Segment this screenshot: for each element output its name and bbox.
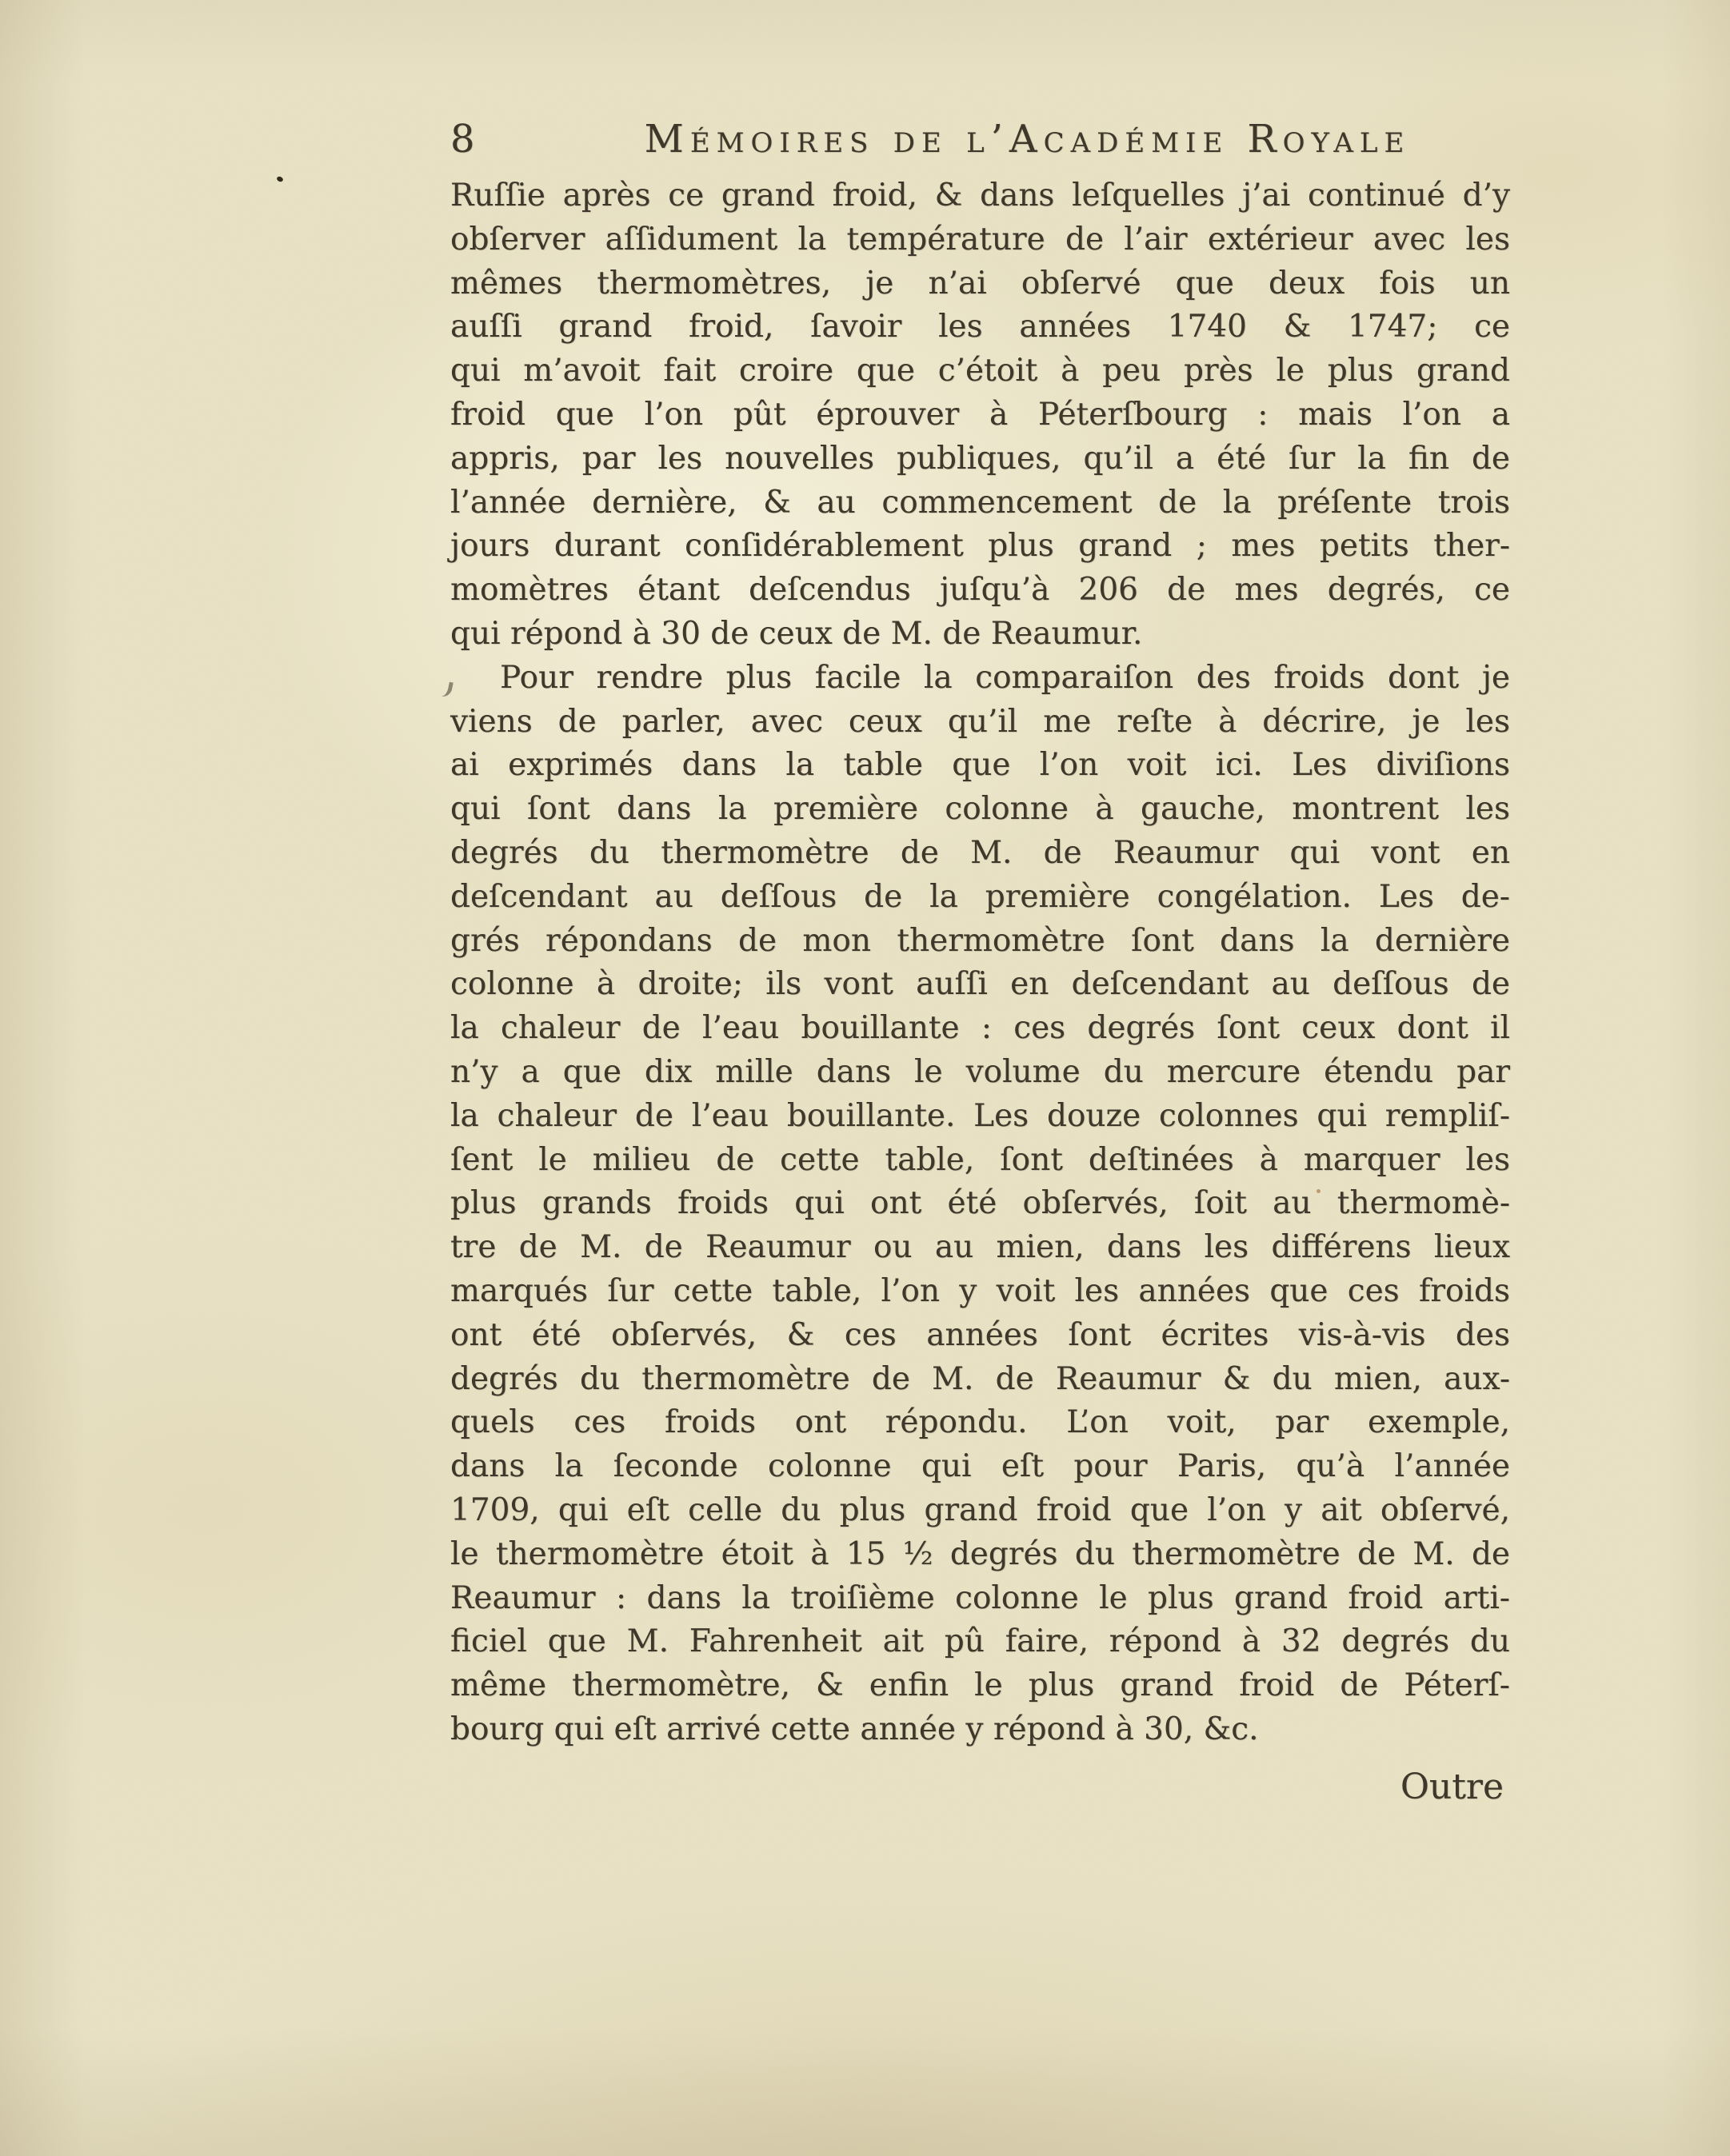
text-line: ficiel que M. Fahrenheit ait pû faire, r… bbox=[450, 1620, 1510, 1664]
text-line: le thermomètre étoit à 15 ½ degrés du th… bbox=[450, 1533, 1510, 1577]
page-header: 8 Mémoires de l’Académie Royale bbox=[450, 117, 1510, 166]
text-line: Pour rendre plus facile la comparaiſon d… bbox=[450, 657, 1510, 701]
text-line: 1709, qui eſt celle du plus grand froid … bbox=[450, 1489, 1510, 1533]
paragraph-2: Pour rendre plus facile la comparaiſon d… bbox=[450, 657, 1510, 1752]
text-line: la chaleur de l’eau bouillante : ces deg… bbox=[450, 1007, 1510, 1051]
text-line: qui ſont dans la première colonne à gauc… bbox=[450, 788, 1510, 832]
text-line: la chaleur de l’eau bouillante. Les douz… bbox=[450, 1095, 1510, 1139]
text-line: viens de parler, avec ceux qu’il me reſt… bbox=[450, 701, 1510, 745]
text-line: dans la ſeconde colonne qui eſt pour Par… bbox=[450, 1445, 1510, 1489]
text-line: jours durant conſidérablement plus grand… bbox=[450, 525, 1510, 569]
text-line: colonne à droite; ils vont auſſi en deſc… bbox=[450, 963, 1510, 1007]
ink-speck bbox=[276, 176, 284, 183]
text-line: Ruſſie après ce grand froid, & dans leſq… bbox=[450, 174, 1510, 218]
catchword: Outre bbox=[1400, 1767, 1504, 1807]
text-line: qui m’avoit fait croire que c’étoit à pe… bbox=[450, 349, 1510, 393]
text-line: degrés du thermomètre de M. de Reaumur &… bbox=[450, 1358, 1510, 1402]
book-page-scan: 8 Mémoires de l’Académie Royale Ruſſie a… bbox=[0, 0, 1730, 2156]
printed-text-block: 8 Mémoires de l’Académie Royale Ruſſie a… bbox=[450, 117, 1510, 1810]
text-line: obſerver aſſidument la température de l’… bbox=[450, 218, 1510, 262]
body-text: Ruſſie après ce grand froid, & dans leſq… bbox=[450, 174, 1510, 1752]
text-line: Reaumur : dans la troiſième colonne le p… bbox=[450, 1577, 1510, 1621]
page-number: 8 bbox=[450, 117, 545, 162]
text-line: bourg qui eſt arrivé cette année y répon… bbox=[450, 1708, 1510, 1752]
catchword-row: Outre bbox=[450, 1765, 1510, 1810]
text-line: ai exprimés dans la table que l’on voit … bbox=[450, 744, 1510, 788]
text-line: qui répond à 30 de ceux de M. de Reaumur… bbox=[450, 613, 1510, 657]
text-line: mêmes thermomètres, je n’ai obſervé que … bbox=[450, 262, 1510, 306]
text-line: ont été obſervés, & ces années ſont écri… bbox=[450, 1314, 1510, 1358]
paragraph-1: Ruſſie après ce grand froid, & dans leſq… bbox=[450, 174, 1510, 657]
text-line: grés répondans de mon thermomètre ſont d… bbox=[450, 920, 1510, 964]
text-line: ſent le milieu de cette table, ſont deſt… bbox=[450, 1139, 1510, 1183]
text-line: appris, par les nouvelles publiques, qu’… bbox=[450, 437, 1510, 481]
text-line: deſcendant au deſſous de la première con… bbox=[450, 876, 1510, 920]
text-line: auſſi grand froid, ſavoir les années 174… bbox=[450, 305, 1510, 349]
text-line: n’y a que dix mille dans le volume du me… bbox=[450, 1051, 1510, 1095]
text-line: plus grands froids qui ont été obſervés,… bbox=[450, 1182, 1510, 1226]
text-line: momètres étant deſcendus juſqu’à 206 de … bbox=[450, 569, 1510, 613]
text-line: quels ces froids ont répondu. L’on voit,… bbox=[450, 1401, 1510, 1445]
text-line: marqués ſur cette table, l’on y voit les… bbox=[450, 1270, 1510, 1314]
running-title: Mémoires de l’Académie Royale bbox=[545, 117, 1510, 162]
text-line: froid que l’on pût éprouver à Péterſbour… bbox=[450, 393, 1510, 437]
text-line: même thermomètre, & enfin le plus grand … bbox=[450, 1664, 1510, 1708]
text-line: degrés du thermomètre de M. de Reaumur q… bbox=[450, 832, 1510, 876]
text-line: tre de M. de Reaumur ou au mien, dans le… bbox=[450, 1226, 1510, 1270]
text-line: l’année dernière, & au commencement de l… bbox=[450, 481, 1510, 525]
